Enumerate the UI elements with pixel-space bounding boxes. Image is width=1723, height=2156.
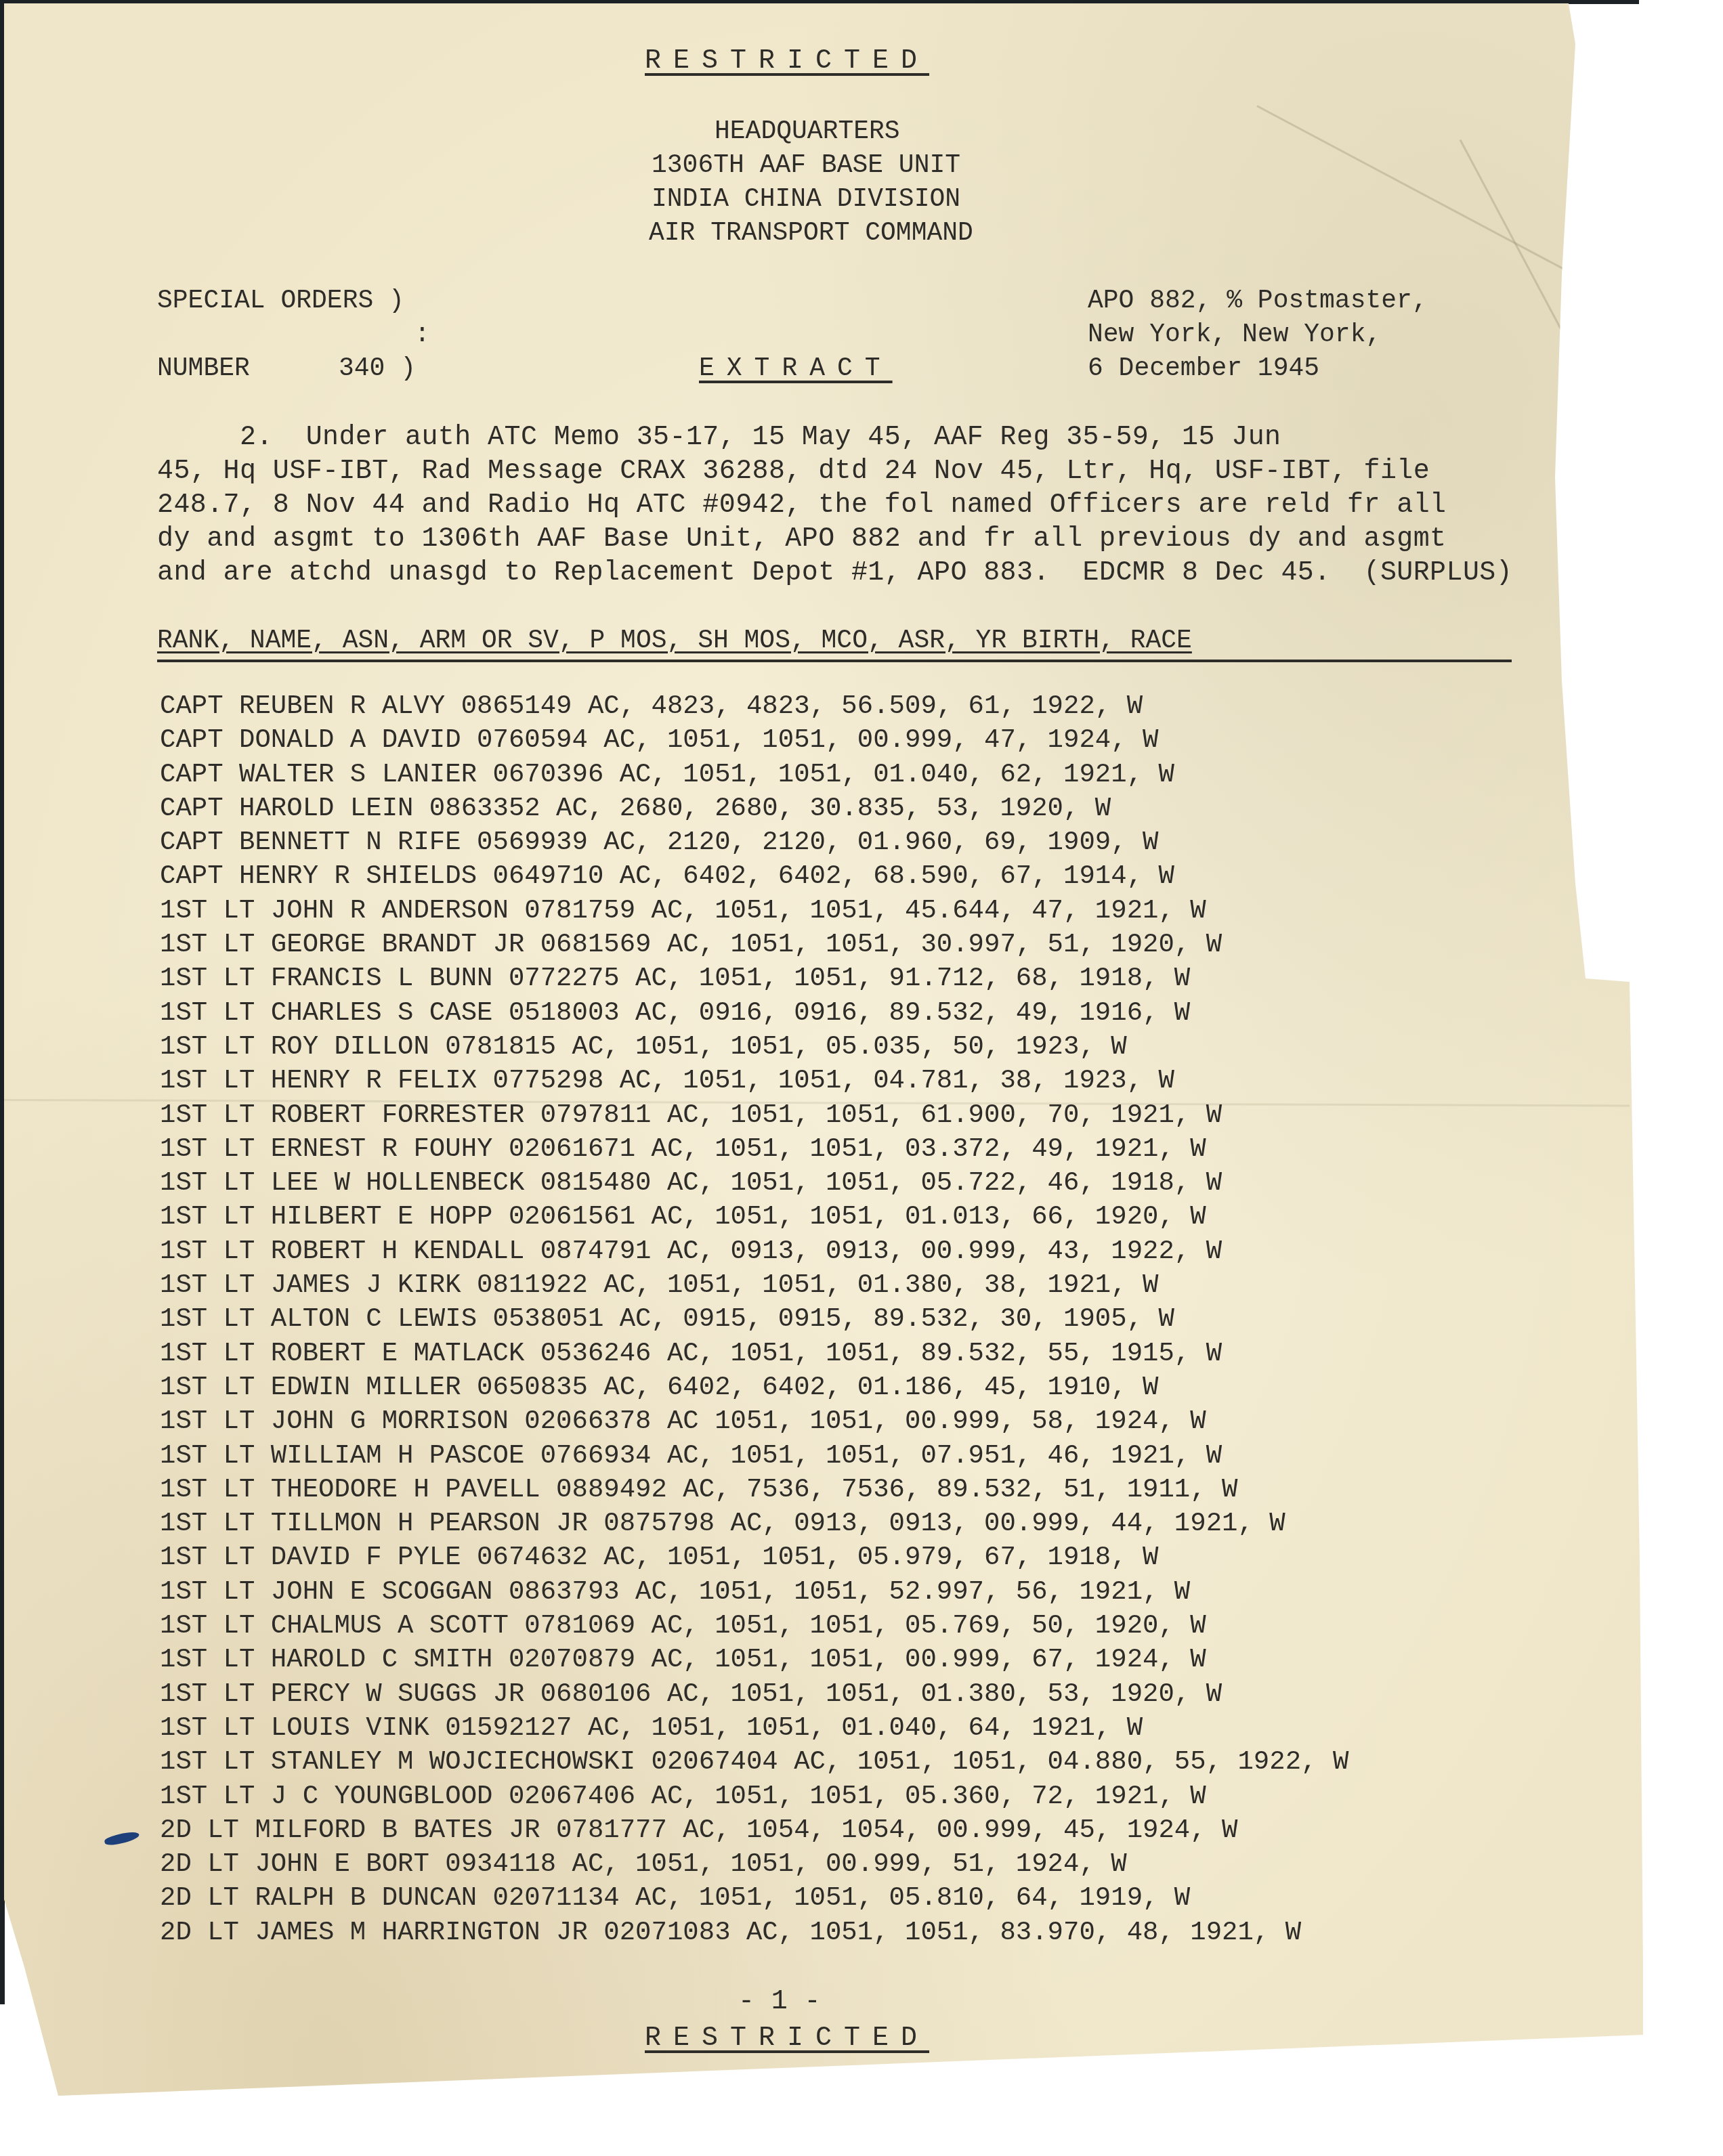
officer-row: 1ST LT FRANCIS L BUNN 0772275 AC, 1051, … [160, 962, 1348, 995]
header-line: INDIA CHINA DIVISION [652, 183, 960, 217]
officer-row: 1ST LT ROBERT E MATLACK 0536246 AC, 1051… [160, 1337, 1348, 1371]
paragraph-line: and are atchd unasgd to Replacement Depo… [157, 557, 1512, 590]
orders-number-value: 340 ) [339, 352, 416, 386]
officer-row: 1ST LT HAROLD C SMITH 02070879 AC, 1051,… [160, 1643, 1348, 1677]
officer-row: CAPT HENRY R SHIELDS 0649710 AC, 6402, 6… [160, 859, 1348, 893]
officer-row: 1ST LT CHALMUS A SCOTT 0781069 AC, 1051,… [160, 1609, 1348, 1643]
officer-row: 1ST LT HILBERT E HOPP 02061561 AC, 1051,… [160, 1200, 1348, 1234]
officer-row: 2D LT JOHN E BORT 0934118 AC, 1051, 1051… [160, 1847, 1348, 1881]
officer-row: 1ST LT DAVID F PYLE 0674632 AC, 1051, 10… [160, 1540, 1348, 1574]
extract-label: EXTRACT [699, 352, 893, 386]
officer-row: 1ST LT ROY DILLON 0781815 AC, 1051, 1051… [160, 1030, 1348, 1064]
officer-row: CAPT REUBEN R ALVY 0865149 AC, 4823, 482… [160, 689, 1348, 723]
officer-row: 2D LT MILFORD B BATES JR 0781777 AC, 105… [160, 1813, 1348, 1847]
paragraph-line: dy and asgmt to 1306th AAF Base Unit, AP… [157, 523, 1447, 557]
address-line-1: APO 882, % Postmaster, [1088, 284, 1428, 318]
officer-row: 1ST LT PERCY W SUGGS JR 0680106 AC, 1051… [160, 1677, 1348, 1711]
address-line-2: New York, New York, [1088, 318, 1381, 352]
header-line: AIR TRANSPORT COMMAND [649, 217, 973, 251]
officer-row: 1ST LT J C YOUNGBLOOD 02067406 AC, 1051,… [160, 1780, 1348, 1813]
officer-row: 1ST LT STANLEY M WOJCIECHOWSKI 02067404 … [160, 1745, 1348, 1779]
classification-top: RESTRICTED [645, 45, 929, 79]
pen-mark [104, 1830, 140, 1847]
officer-row: 1ST LT LOUIS VINK 01592127 AC, 1051, 105… [160, 1711, 1348, 1745]
officer-row: 1ST LT TILLMON H PEARSON JR 0875798 AC, … [160, 1507, 1348, 1540]
officer-row: 1ST LT JAMES J KIRK 0811922 AC, 1051, 10… [160, 1268, 1348, 1302]
officer-row: 1ST LT CHARLES S CASE 0518003 AC, 0916, … [160, 996, 1348, 1030]
officer-row: 1ST LT ALTON C LEWIS 0538051 AC, 0915, 0… [160, 1302, 1348, 1336]
officer-row: 1ST LT JOHN E SCOGGAN 0863793 AC, 1051, … [160, 1575, 1348, 1609]
officer-row: 1ST LT ROBERT FORRESTER 0797811 AC, 1051… [160, 1098, 1348, 1132]
officer-row: CAPT WALTER S LANIER 0670396 AC, 1051, 1… [160, 758, 1348, 792]
paragraph-line: 2. Under auth ATC Memo 35-17, 15 May 45,… [157, 421, 1281, 455]
officer-row: 1ST LT ROBERT H KENDALL 0874791 AC, 0913… [160, 1234, 1348, 1268]
special-orders-label: SPECIAL ORDERS ) [157, 284, 404, 318]
officer-row: 1ST LT ERNEST R FOUHY 02061671 AC, 1051,… [160, 1132, 1348, 1166]
header-line: HEADQUARTERS [715, 115, 900, 149]
officer-row: 1ST LT JOHN G MORRISON 02066378 AC 1051,… [160, 1404, 1348, 1438]
officer-row: 1ST LT JOHN R ANDERSON 0781759 AC, 1051,… [160, 894, 1348, 928]
officer-row: 1ST LT GEORGE BRANDT JR 0681569 AC, 1051… [160, 928, 1348, 962]
column-header: RANK, NAME, ASN, ARM OR SV, P MOS, SH MO… [157, 624, 1512, 662]
orders-number-label: NUMBER [157, 352, 250, 386]
officer-row: 1ST LT LEE W HOLLENBECK 0815480 AC, 1051… [160, 1166, 1348, 1200]
officer-row: CAPT HAROLD LEIN 0863352 AC, 2680, 2680,… [160, 792, 1348, 825]
officer-list: CAPT REUBEN R ALVY 0865149 AC, 4823, 482… [160, 689, 1348, 1949]
officer-row: CAPT BENNETT N RIFE 0569939 AC, 2120, 21… [160, 825, 1348, 859]
officer-row: CAPT DONALD A DAVID 0760594 AC, 1051, 10… [160, 723, 1348, 757]
order-date: 6 December 1945 [1088, 352, 1319, 386]
page-number: - 1 - [738, 1985, 821, 2019]
orders-separator: : [414, 318, 430, 352]
officer-row: 1ST LT EDWIN MILLER 0650835 AC, 6402, 64… [160, 1371, 1348, 1404]
officer-row: 1ST LT THEODORE H PAVELL 0889492 AC, 753… [160, 1473, 1348, 1507]
officer-row: 2D LT RALPH B DUNCAN 02071134 AC, 1051, … [160, 1881, 1348, 1915]
officer-row: 1ST LT WILLIAM H PASCOE 0766934 AC, 1051… [160, 1439, 1348, 1473]
header-line: 1306TH AAF BASE UNIT [652, 149, 960, 183]
officer-row: 1ST LT HENRY R FELIX 0775298 AC, 1051, 1… [160, 1064, 1348, 1098]
special-orders-document: RESTRICTED HEADQUARTERS 1306TH AAF BASE … [0, 0, 1723, 2156]
paragraph-line: 45, Hq USF-IBT, Rad Message CRAX 36288, … [157, 455, 1430, 489]
classification-bottom: RESTRICTED [645, 2022, 929, 2056]
paragraph-line: 248.7, 8 Nov 44 and Radio Hq ATC #0942, … [157, 489, 1447, 523]
officer-row: 2D LT JAMES M HARRINGTON JR 02071083 AC,… [160, 1916, 1348, 1949]
